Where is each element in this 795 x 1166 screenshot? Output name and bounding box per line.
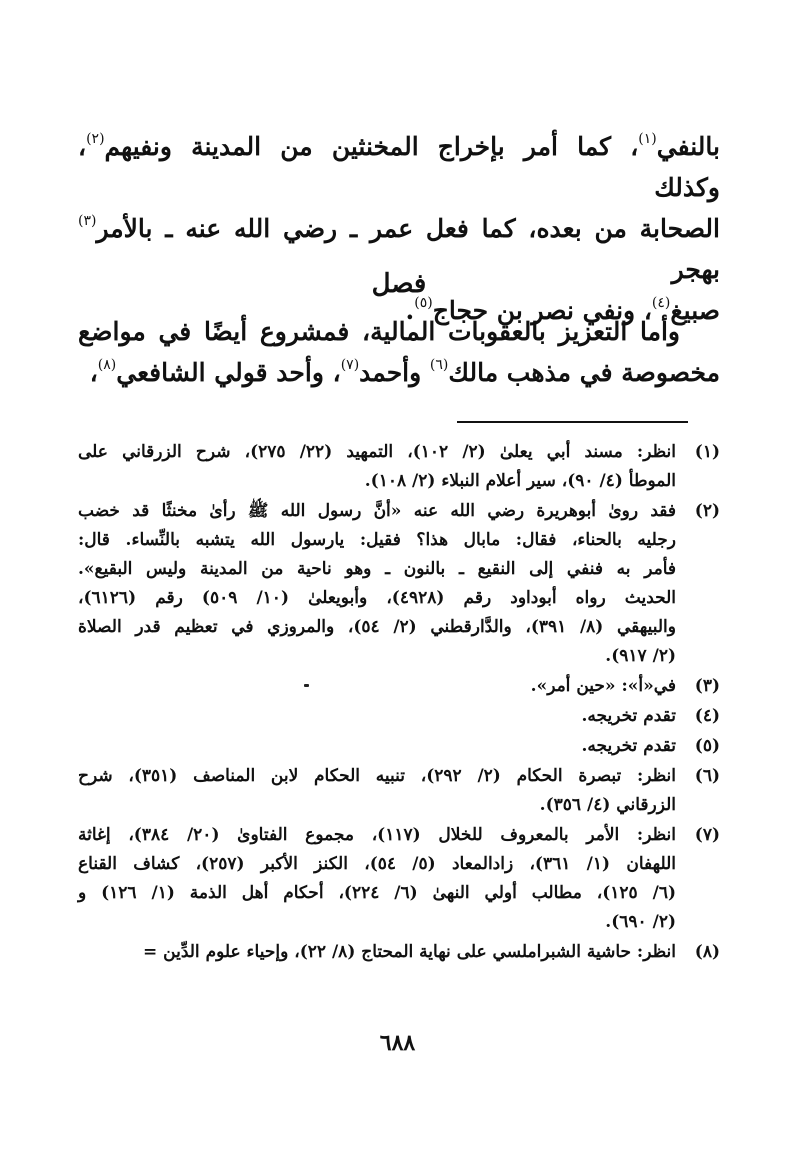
footnote-4: (٤) تقدم تخريجه.: [78, 702, 720, 731]
footnote-number: (٥): [676, 732, 720, 761]
text-segment: وأحمد: [359, 358, 430, 387]
footnote-ref[interactable]: (٢): [86, 131, 104, 147]
footnote-line: (٢/ ٦٩٠).: [78, 908, 676, 937]
footnote-number: (٢): [676, 497, 720, 671]
footnote-line: انظر: تبصرة الحكام (٢/ ٢٩٢)، تنبيه الحكا…: [78, 762, 676, 791]
footnote-text: انظر: حاشية الشبراملسي على نهاية المحتاج…: [78, 938, 676, 967]
footnote-2: (٢) فقد روىٰ أبوهريرة رضي الله عنه «أنَّ…: [78, 497, 720, 671]
text-segment: ، كما أمر بإخراج المخنثين من المدينة ونف…: [105, 132, 639, 161]
footnote-number: (٦): [676, 762, 720, 820]
text-line: بالنفي(١)، كما أمر بإخراج المخنثين من ال…: [78, 126, 720, 208]
footnote-6: (٦) انظر: تبصرة الحكام (٢/ ٢٩٢)، تنبيه ا…: [78, 762, 720, 820]
footnote-number: (٣): [676, 672, 720, 701]
footnote-separator: [457, 421, 688, 423]
footnote-line: تقدم تخريجه.: [78, 732, 676, 761]
footnote-text: تقدم تخريجه.: [78, 732, 676, 761]
footnote-line: الموطأ (٤/ ٩٠)، سير أعلام النبلاء (٢/ ١٠…: [78, 467, 676, 496]
footnote-line: انظر: حاشية الشبراملسي على نهاية المحتاج…: [78, 938, 676, 967]
footnote-text: انظر: الأمر بالمعروف للخلال (١١٧)، مجموع…: [78, 821, 676, 937]
text-segment: بالنفي: [657, 132, 720, 161]
footnote-line: والبيهقي (٨/ ٣٩١)، والدَّارقطني (٢/ ٥٤)،…: [78, 613, 676, 642]
text-segment: مخصوصة في مذهب مالك: [448, 358, 720, 387]
footnote-text: انظر: تبصرة الحكام (٢/ ٢٩٢)، تنبيه الحكا…: [78, 762, 676, 820]
footnote-ref[interactable]: (٧): [341, 357, 359, 373]
footnote-line: الحديث رواه أبوداود رقم (٤٩٢٨)، وأبويعلى…: [78, 584, 676, 613]
footnote-number: (٧): [676, 821, 720, 937]
footnote-ref[interactable]: (٣): [78, 213, 96, 229]
footnote-line: انظر: الأمر بالمعروف للخلال (١١٧)، مجموع…: [78, 821, 676, 850]
footnote-line: فقد روىٰ أبوهريرة رضي الله عنه «أنَّ رسو…: [78, 497, 676, 526]
text-segment: ، وأحد قولي الشافعي: [116, 358, 340, 387]
footnote-number: (٨): [676, 938, 720, 967]
text-segment: الصحابة من بعده، كما فعل عمر ـ رضي الله …: [96, 214, 720, 243]
main-text-bottom: وأما التعزيز بالعقوبات المالية، فمشروع أ…: [78, 311, 720, 393]
footnote-line: اللهفان (١/ ٣٦١)، زادالمعاد (٥/ ٥٤)، الك…: [78, 850, 676, 879]
footnote-7: (٧) انظر: الأمر بالمعروف للخلال (١١٧)، م…: [78, 821, 720, 937]
section-heading: فصل: [78, 264, 720, 304]
footnote-line: رجليه بالحناء، فقال: مابال هذا؟ فقيل: يا…: [78, 526, 676, 555]
print-speck: [304, 684, 309, 687]
footnote-ref[interactable]: (٦): [430, 357, 448, 373]
text-segment: ،: [90, 358, 98, 387]
footnote-ref[interactable]: (٨): [98, 357, 116, 373]
book-page: بالنفي(١)، كما أمر بإخراج المخنثين من ال…: [0, 0, 795, 1166]
footnote-ref[interactable]: (١): [638, 131, 656, 147]
footnote-line: انظر: مسند أبي يعلىٰ (٢/ ١٠٢)، التمهيد (…: [78, 438, 676, 467]
footnote-line: في«أ»: «حين أمر».: [78, 672, 676, 701]
text-line: وأما التعزيز بالعقوبات المالية، فمشروع أ…: [78, 311, 720, 352]
footnote-text: فقد روىٰ أبوهريرة رضي الله عنه «أنَّ رسو…: [78, 497, 676, 671]
footnote-line: (٢/ ٩١٧).: [78, 642, 676, 671]
footnote-8: (٨) انظر: حاشية الشبراملسي على نهاية الم…: [78, 938, 720, 967]
footnote-text: في«أ»: «حين أمر».: [78, 672, 676, 701]
footnote-number: (١): [676, 438, 720, 496]
footnote-line: تقدم تخريجه.: [78, 702, 676, 731]
footnote-5: (٥) تقدم تخريجه.: [78, 732, 720, 761]
footnote-text: تقدم تخريجه.: [78, 702, 676, 731]
text-line: مخصوصة في مذهب مالك(٦) وأحمد(٧)، وأحد قو…: [78, 352, 720, 393]
page-number: ٦٨٨: [0, 1030, 795, 1056]
footnote-text: انظر: مسند أبي يعلىٰ (٢/ ١٠٢)، التمهيد (…: [78, 438, 676, 496]
footnote-number: (٤): [676, 702, 720, 731]
footnote-line: الزرقاني (٤/ ٣٥٦).: [78, 791, 676, 820]
footnotes: (١) انظر: مسند أبي يعلىٰ (٢/ ١٠٢)، التمه…: [78, 438, 720, 968]
footnote-line: (٦/ ١٢٥)، مطالب أولي النهىٰ (٦/ ٢٢٤)، أح…: [78, 879, 676, 908]
footnote-3: (٣) في«أ»: «حين أمر».: [78, 672, 720, 701]
footnote-line: فأمر به فنفي إلى النقيع ـ بالنون ـ وهو ن…: [78, 555, 676, 584]
footnote-1: (١) انظر: مسند أبي يعلىٰ (٢/ ١٠٢)، التمه…: [78, 438, 720, 496]
